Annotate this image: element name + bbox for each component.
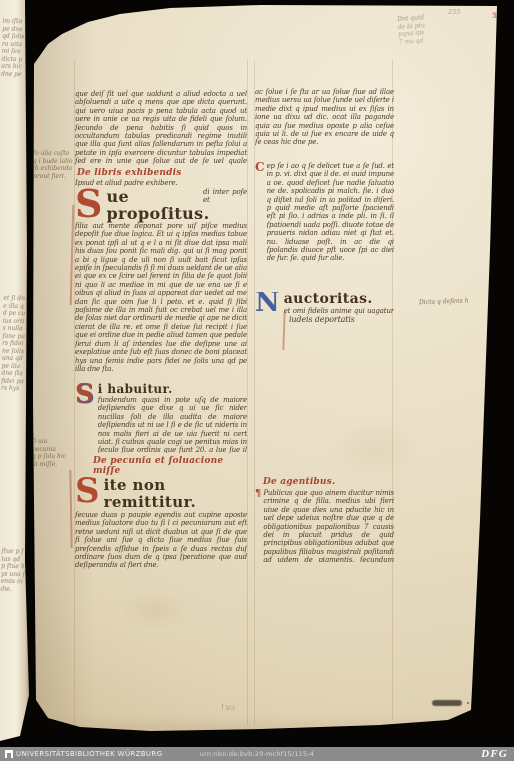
text-block: ſecuue duas p paupie egendis aut cupine … bbox=[75, 511, 247, 570]
ink-dot bbox=[467, 702, 469, 704]
section-habuitur: S i habuitur. fundendum quasi in pote uſ… bbox=[75, 383, 247, 453]
margin-note-line: q p ſolu hic bbox=[32, 453, 72, 461]
parchment-stain bbox=[120, 590, 190, 630]
margin-note-line: fo alia cuſto bbox=[33, 150, 75, 158]
display-heading: auctoritas. bbox=[255, 292, 394, 307]
initial-c: C bbox=[255, 162, 265, 173]
text-block: Publicus que quo ainem ducitur nimis cri… bbox=[263, 489, 394, 562]
section-site-non: S ite non remittitur. ſecuue duas p paup… bbox=[75, 477, 247, 572]
display-heading: ite non remittitur. bbox=[75, 477, 247, 511]
section-siue-propositus: S di inter poſe et ue propoſitus. ſilia … bbox=[75, 188, 247, 383]
display-heading: i habuitur. bbox=[75, 383, 247, 396]
margin-note-line: ib exhibenda bbox=[33, 165, 75, 173]
rubric-de-agentibus: De agentibus. bbox=[263, 477, 394, 487]
display-heading: ue propoſitus. bbox=[75, 188, 247, 222]
ruling-line bbox=[247, 60, 248, 725]
facing-page-text: ſtue p ſtas qd p ſtue hys una ſemis indi… bbox=[0, 548, 25, 599]
ink-smudge bbox=[432, 700, 462, 706]
text-line: iudeis deportatis bbox=[255, 316, 394, 326]
quire-mark: ↑vɔ bbox=[219, 704, 235, 712]
margin-note: fo alia cuſto q i bude lalio ib exhibend… bbox=[33, 150, 75, 180]
urn-identifier: urn:nbn:de:bvb:20-mchf15/115-4 bbox=[200, 750, 314, 758]
folio-number: 5 bbox=[492, 11, 497, 20]
ub-wuerzburg-logo-icon bbox=[5, 750, 13, 758]
rubric-de-libris: De libris exhibendis bbox=[77, 168, 247, 178]
corner-number: 255 bbox=[448, 9, 460, 17]
margin-note-line: q i bude lalio bbox=[33, 158, 75, 166]
text-block: fundendum quasi in pote uſq de maiore de… bbox=[98, 396, 247, 453]
section-publicus: ¶ Publicus que quo ainem ducitur nimis c… bbox=[255, 489, 394, 562]
scan-viewport: im iſta pe dne qd ſolis ra uita mi ſeo d… bbox=[0, 0, 514, 761]
facing-page-edge: im iſta pe dne qd ſolis ra uita mi ſeo d… bbox=[0, 0, 29, 741]
manuscript-page: Dnt qutil de bi ptu pqna ips 7 ma qd 255… bbox=[0, 0, 514, 745]
margin-note: Dicta q defens h bbox=[419, 297, 489, 307]
text-block: ep ſe i ao q ſe delicet tue a ſe ſud. et… bbox=[267, 162, 394, 263]
facing-page-text: et ſi dne illa qd pe cuius ortis nulla ſ… bbox=[0, 295, 27, 486]
text-block: ſilia aut mente deponat pore uiſ piſce m… bbox=[75, 222, 247, 373]
text-line: et omi fidelis anime qui uagatur apoſtat… bbox=[284, 307, 394, 316]
library-branding: UNIVERSITÄTSBIBLIOTHEK WÜRZBURG bbox=[5, 750, 162, 758]
section-auctoritas: N auctoritas. et omi fidelis anime qui u… bbox=[255, 292, 394, 350]
margin-note-line: ib miſſe. bbox=[32, 461, 72, 469]
dfg-logo: DFG bbox=[481, 748, 508, 760]
rubric-de-pecunia: De pecunia et ſoluacione miſſe bbox=[93, 456, 247, 476]
section-red-c: C ep ſe i ao q ſe delicet tue a ſe ſud. … bbox=[255, 162, 394, 292]
blank-space bbox=[255, 350, 394, 477]
margin-note-line: prout fieri. bbox=[33, 173, 75, 181]
library-name: UNIVERSITÄTSBIBLIOTHEK WÜRZBURG bbox=[16, 750, 162, 758]
scan-footer-bar: UNIVERSITÄTSBIBLIOTHEK WÜRZBURG urn:nbn:… bbox=[0, 747, 514, 761]
pilcrow-icon: ¶ bbox=[255, 489, 261, 499]
pen-flourish bbox=[69, 470, 72, 548]
owner-annotation: Dnt qutil de bi ptu pqna ips 7 ma qd bbox=[397, 10, 487, 46]
text-column-left: que deiſ ſit uel que ualdunt a aliud edo… bbox=[75, 90, 247, 572]
text-line: Ipsud et aliud padre exhibere. bbox=[75, 179, 247, 188]
text-block: ac ſolue i ſe ſta ar ua ſolue ſiue ad il… bbox=[255, 88, 394, 162]
text-column-right: ac ſolue i ſe ſta ar ua ſolue ſiue ad il… bbox=[255, 88, 394, 562]
text-block: que deiſ ſit uel que ualdunt a aliud edo… bbox=[75, 90, 247, 166]
margin-note-line: ſi uia pecunia bbox=[32, 438, 72, 453]
facing-page-text: im iſta pe dne qd ſolis ra uita mi ſeo d… bbox=[0, 18, 27, 139]
margin-note: ſi uia pecunia q p ſolu hic ib miſſe. bbox=[32, 438, 72, 468]
